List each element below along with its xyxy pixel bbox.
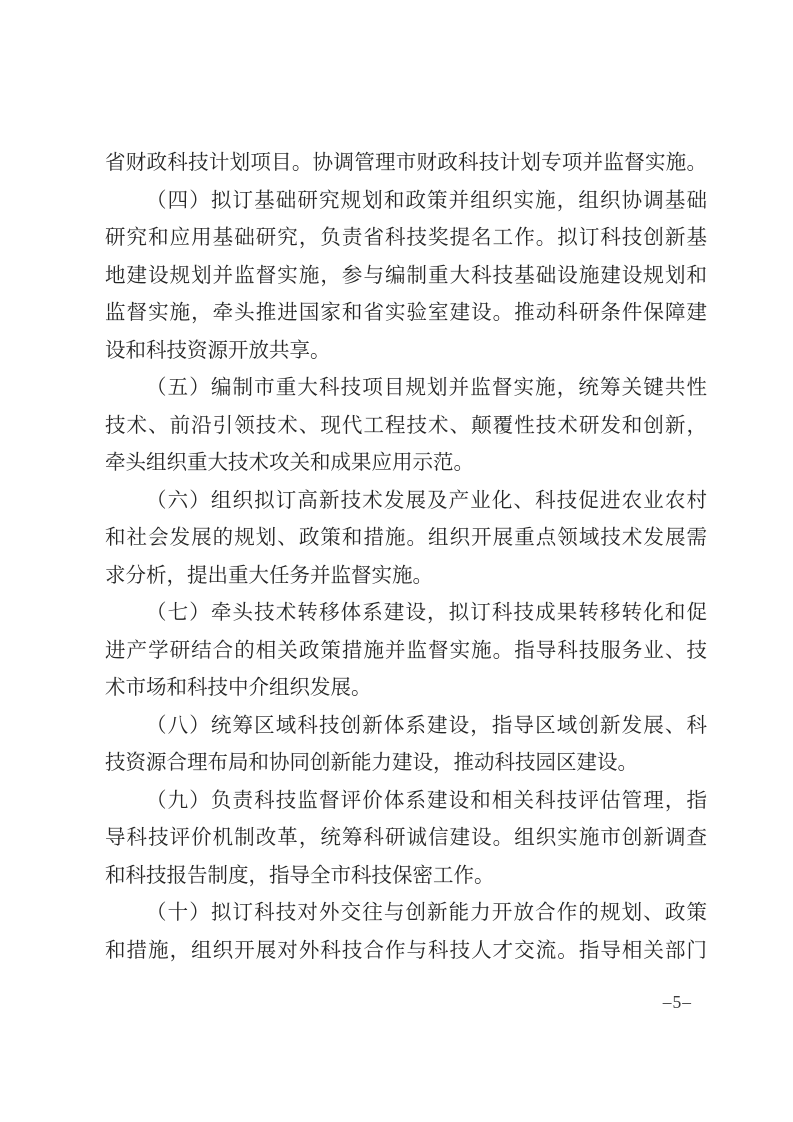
text-line: （六）组织拟订高新技术发展及产业化、科技促进农业农村 — [105, 483, 707, 521]
text-line: 牵头组织重大技术攻关和成果应用示范。 — [105, 445, 707, 483]
text-line: 技术、前沿引领技术、现代工程技术、颠覆性技术研发和创新， — [105, 408, 707, 446]
document-page: 省财政科技计划项目。协调管理市财政科技计划专项并监督实施。（四）拟订基础研究规划… — [0, 0, 793, 1122]
document-text-block: 省财政科技计划项目。协调管理市财政科技计划专项并监督实施。（四）拟订基础研究规划… — [105, 145, 707, 970]
text-line: 导科技评价机制改革，统筹科研诚信建设。组织实施市创新调查 — [105, 820, 707, 858]
text-line: （七）牵头技术转移体系建设，拟订科技成果转移转化和促 — [105, 595, 707, 633]
text-line: 进产学研结合的相关政策措施并监督实施。指导科技服务业、技 — [105, 633, 707, 671]
text-line: （四）拟订基础研究规划和政策并组织实施，组织协调基础 — [105, 183, 707, 221]
text-line: 监督实施，牵头推进国家和省实验室建设。推动科研条件保障建 — [105, 295, 707, 333]
text-line: 求分析，提出重大任务并监督实施。 — [105, 558, 707, 596]
page-number: –5– — [663, 992, 692, 1012]
text-line: （九）负责科技监督评价体系建设和相关科技评估管理，指 — [105, 783, 707, 821]
text-line: 研究和应用基础研究，负责省科技奖提名工作。拟订科技创新基 — [105, 220, 707, 258]
text-line: （五）编制市重大科技项目规划并监督实施，统筹关键共性 — [105, 370, 707, 408]
text-line: 术市场和科技中介组织发展。 — [105, 670, 707, 708]
text-line: 和措施，组织开展对外科技合作与科技人才交流。指导相关部门 — [105, 933, 707, 971]
text-line: （十）拟订科技对外交往与创新能力开放合作的规划、政策 — [105, 895, 707, 933]
text-line: 设和科技资源开放共享。 — [105, 333, 707, 371]
text-line: 省财政科技计划项目。协调管理市财政科技计划专项并监督实施。 — [105, 145, 707, 183]
text-line: 和科技报告制度，指导全市科技保密工作。 — [105, 858, 707, 896]
text-line: （八）统筹区域科技创新体系建设，指导区域创新发展、科 — [105, 708, 707, 746]
text-line: 和社会发展的规划、政策和措施。组织开展重点领域技术发展需 — [105, 520, 707, 558]
text-line: 地建设规划并监督实施，参与编制重大科技基础设施建设规划和 — [105, 258, 707, 296]
text-line: 技资源合理布局和协同创新能力建设，推动科技园区建设。 — [105, 745, 707, 783]
